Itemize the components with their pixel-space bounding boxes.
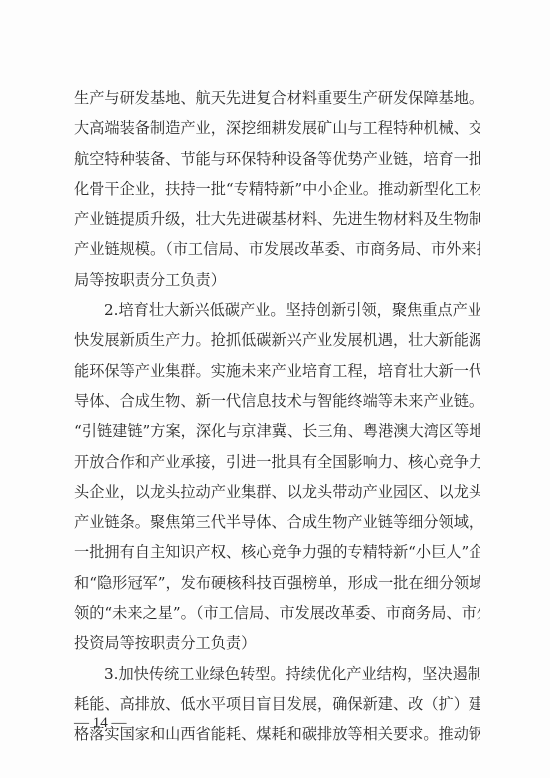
document-page: 生产与研发基地、航天先进复合材料重要生产研发保障基地。壮 大高端装备制造产业，深… [0, 0, 550, 778]
text-line: 大高端装备制造产业，深挖细耕发展矿山与工程特种机械、交通与 [74, 113, 480, 143]
text-line: 领的“未来之星”。（市工信局、市发展改革委、市商务局、市外来 [74, 598, 480, 628]
body-text: 生产与研发基地、航天先进复合材料重要生产研发保障基地。壮 大高端装备制造产业，深… [74, 83, 480, 750]
text-line: 产业链提质升级，壮大先进碳基材料、先进生物材料及生物制药等 [74, 204, 480, 234]
text-line: 化骨干企业，扶持一批“专精特新”中小企业。推动新型化工材料 [74, 174, 480, 204]
text-line: 开放合作和产业承接，引进一批具有全国影响力、核心竞争力的龙 [74, 447, 480, 477]
text-line: 和“隐形冠军”，发布硬核科技百强榜单，形成一批在细分领域引 [74, 568, 480, 598]
text-line: 局等按职责分工负责） [74, 265, 480, 295]
section-heading-2: 2.培育壮大新兴低碳产业。坚持创新引领，聚焦重点产业，加 [74, 295, 480, 325]
page-number: — 14 — [74, 711, 127, 735]
text-line: “引链建链”方案，深化与京津冀、长三角、粤港澳大湾区等地区的 [74, 416, 480, 446]
text-line: 格落实国家和山西省能耗、煤耗和碳排放等相关要求。推动钢铁、 [74, 719, 480, 749]
text-line: 投资局等按职责分工负责） [74, 628, 480, 658]
text-line: 能环保等产业集群。实施未来产业培育工程，培育壮大新一代半 [74, 356, 480, 386]
text-line: 航空特种装备、节能与环保特种设备等优势产业链，培育一批专业 [74, 144, 480, 174]
text-line: 产业链规模。（市工信局、市发展改革委、市商务局、市外来投资 [74, 234, 480, 264]
text-line: 生产与研发基地、航天先进复合材料重要生产研发保障基地。壮 [74, 83, 480, 113]
text-line: 一批拥有自主知识产权、核心竞争力强的专精特新“小巨人”企业 [74, 537, 480, 567]
text-line: 耗能、高排放、低水平项目盲目发展，确保新建、改（扩）建项目严 [74, 689, 480, 719]
text-line: 快发展新质生产力。抢抓低碳新兴产业发展机遇，壮大新能源、节 [74, 325, 480, 355]
section-heading-3: 3.加快传统工业绿色转型。持续优化产业结构，坚决遏制高 [74, 659, 480, 689]
text-line: 导体、合成生物、新一代信息技术与智能终端等未来产业链。制定 [74, 386, 480, 416]
text-line: 产业链条。聚焦第三代半导体、合成生物产业链等细分领域，培育 [74, 507, 480, 537]
text-line: 头企业，以龙头拉动产业集群、以龙头带动产业园区、以龙头延长 [74, 477, 480, 507]
